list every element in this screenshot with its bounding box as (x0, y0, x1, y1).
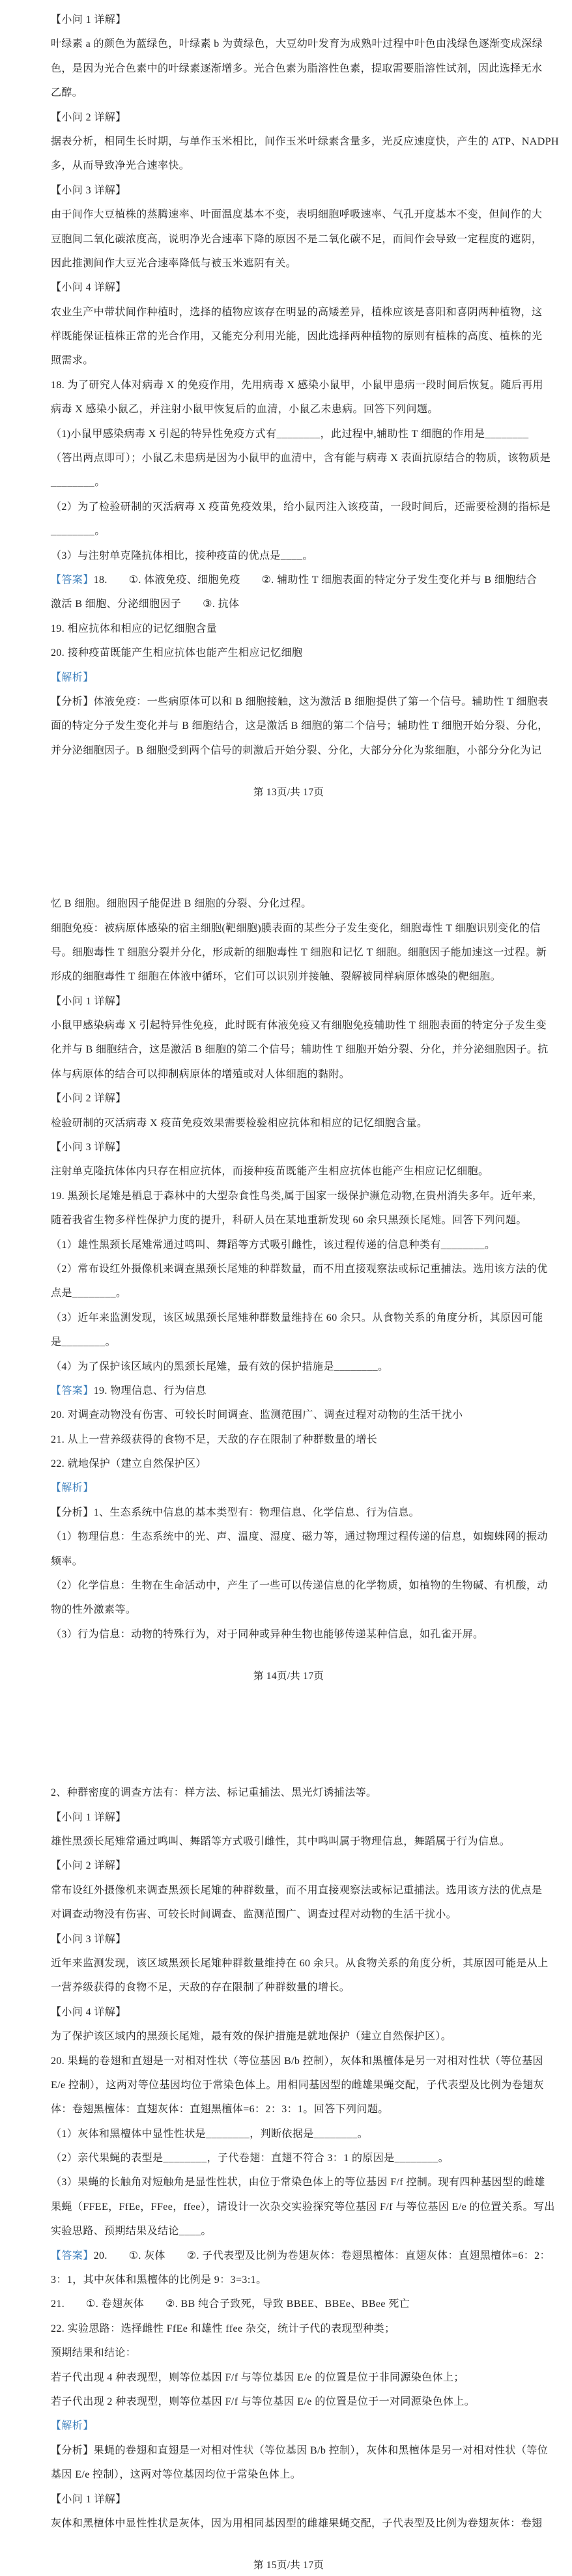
text-line: （1）灰体和黑檀体中显性性状是________，判断依据是________。 (51, 2122, 526, 2146)
text-line: 由于间作大豆植株的蒸腾速率、叶面温度基本不变，表明细胞呼吸速率、气孔开度基本不变… (51, 203, 526, 227)
answer-label: 【答案】 (51, 574, 94, 586)
text-line: 【小问 1 详解】 (51, 8, 526, 32)
text-line: 因此推测间作大豆光合速率降低与被玉米遮阴有关。 (51, 251, 526, 276)
text-line: 频率。 (51, 1550, 526, 1574)
text-line: 预期结果和结论： (51, 2341, 526, 2365)
page-break-gap (51, 1684, 526, 1781)
text-line: E/e 控制），这两对等位基因均位于常染色体上。用相同基因型的雌雄果蝇交配，子代… (51, 2073, 526, 2097)
text-line: 细胞免疫：被病原体感染的宿主细胞(靶细胞)膜表面的某些分子发生变化，细胞毒性 T… (51, 916, 526, 941)
text-line: 化并与 B 细胞结合，这是激活 B 细胞的第二个信号；辅助性 T 细胞开始分裂、… (51, 1038, 526, 1062)
text-line: 乙醇。 (51, 81, 526, 105)
text-line: 【分析】体液免疫：一些病原体可以和 B 细胞接触，这为激活 B 细胞提供了第一个… (51, 690, 526, 714)
text-line: 一营养级获得的食物不足，天敌的存在限制了种群数量的增长。 (51, 1975, 526, 2000)
text-line: （2）常布设红外摄像机来调查黑颈长尾雉的种群数量，而不用直接观察法或标记重捕法。… (51, 1257, 526, 1281)
text-line: 【小问 3 详解】 (51, 1135, 526, 1159)
text-line: ________。 (51, 470, 526, 494)
text-line: 20. 接种疫苗既能产生相应抗体也能产生相应记忆细胞 (51, 641, 526, 665)
text-line: 注射单克隆抗体体内只存在相应抗体，而接种疫苗既能产生相应抗体也能产生相应记忆细胞… (51, 1159, 526, 1183)
text-line: 近年来监测发现，该区域黑颈长尾雉种群数量维持在 60 余只。从食物关系的角度分析… (51, 1951, 526, 1975)
text-line: 【小问 1 详解】 (51, 2487, 526, 2512)
text-line: 对调查动物没有伤害、可较长时间调查、监测范围广、调查过程对动物的生活干扰小。 (51, 1903, 526, 1927)
text-line: 样既能保证植株正常的光合作用，又能充分利用光能，因此选择两种植物的原则有植株的高… (51, 324, 526, 348)
text-line: 常布设红外摄像机来调查黑颈长尾雉的种群数量，而不用直接观察法或标记重捕法。选用该… (51, 1878, 526, 1903)
answer-label: 【答案】 (51, 1385, 94, 1396)
text-line: 照需求。 (51, 348, 526, 373)
answer-text: 20. ①. 灰体 ②. 子代表型及比例为卷翅灰体：卷翅黑檀体：直翅灰体：直翅黑… (94, 2250, 551, 2261)
text-line: 22. 就地保护（建立自然保护区） (51, 1452, 526, 1476)
answer-line: 【答案】18. ①. 体液免疫、细胞免疫 ②. 辅助性 T 细胞表面的特定分子发… (51, 568, 526, 592)
text-line: 【小问 2 详解】 (51, 1086, 526, 1111)
text-line: 据表分析，相同生长时期，与单作玉米相比，间作玉米叶绿素含量多，光反应速度快，产生… (51, 130, 526, 154)
text-line: 病毒 X 感染小鼠乙，并注射小鼠甲恢复后的血清，小鼠乙未患病。回答下列问题。 (51, 397, 526, 421)
text-line: 【小问 1 详解】 (51, 989, 526, 1013)
analysis-label-line: 【解析】 (51, 666, 526, 690)
text-line: 【小问 4 详解】 (51, 276, 526, 300)
text-line: 【小问 4 详解】 (51, 2000, 526, 2024)
text-line: 基因 E/e 控制），这两对等位基因均位于常染色体上。 (51, 2463, 526, 2487)
text-line: 多，从而导致净光合速率快。 (51, 154, 526, 178)
text-line: （2）亲代果蝇的表型是________，子代卷翅：直翅不符合 3：1 的原因是_… (51, 2146, 526, 2170)
page-15: 2、种群密度的调查方法有：样方法、标记重捕法、黑光灯诱捕法等。【小问 1 详解】… (51, 1781, 526, 2573)
text-line: （3）果蝇的长触角对短触角是显性性状，由位于常染色体上的等位基因 F/f 控制。… (51, 2170, 526, 2194)
text-line: 2、种群密度的调查方法有：样方法、标记重捕法、黑光灯诱捕法等。 (51, 1781, 526, 1805)
text-line: 实验思路、预期结果及结论____。 (51, 2219, 526, 2243)
text-line: 色，是因为光合色素中的叶绿素逐渐增多。光合色素为脂溶性色素，提取需要脂溶性试剂，… (51, 57, 526, 81)
text-line: 灰体和黑檀体中显性性状是灰体，因为用相同基因型的雌雄果蝇交配，子代表型及比例为卷… (51, 2512, 526, 2536)
text-line: 忆 B 细胞。细胞因子能促进 B 细胞的分裂、分化过程。 (51, 892, 526, 916)
text-line: 若子代出现 4 种表现型，则等位基因 F/f 与等位基因 E/e 的位置是位于非… (51, 2366, 526, 2390)
text-line: 小鼠甲感染病毒 X 引起特异性免疫，此时既有体液免疫又有细胞免疫辅助性 T 细胞… (51, 1013, 526, 1038)
text-line: 若子代出现 2 种表现型，则等位基因 F/f 与等位基因 E/e 的位置是位于一… (51, 2390, 526, 2414)
answer-line: 【答案】19. 物理信息、行为信息 (51, 1379, 526, 1403)
text-line: 农业生产中带状间作种植时，选择的植物应该存在明显的高矮差异，植株应该是喜阳和喜阴… (51, 300, 526, 324)
text-line: 18. 为了研究人体对病毒 X 的免疫作用，先用病毒 X 感染小鼠甲，小鼠甲患病… (51, 373, 526, 397)
text-line: 激活 B 细胞、分泌细胞因子 ③. 抗体 (51, 592, 526, 616)
text-line: 豆胞间二氧化碳浓度高，说明净光合速率下降的原因不是二氧化碳不足，而间作会导致一定… (51, 227, 526, 251)
page-footer: 第 15页/共 17页 (51, 2558, 526, 2573)
text-line: （3）近年来监测发现，该区域黑颈长尾雉种群数量维持在 60 余只。从食物关系的角… (51, 1306, 526, 1330)
text-line: 3：1，其中灰体和黑檀体的比例是 9：3=3:1。 (51, 2268, 526, 2292)
text-line: 叶绿素 a 的颜色为蓝绿色，叶绿素 b 为黄绿色，大豆幼叶发育为成熟叶过程中叶色… (51, 32, 526, 56)
text-line: 【小问 3 详解】 (51, 178, 526, 203)
text-line: 20. 对调查动物没有伤害、可较长时间调查、监测范围广、调查过程对动物的生活干扰… (51, 1403, 526, 1427)
page-14: 忆 B 细胞。细胞因子能促进 B 细胞的分裂、分化过程。细胞免疫：被病原体感染的… (51, 892, 526, 1684)
text-line: 物的性外激素等。 (51, 1598, 526, 1622)
analysis-label-line: 【解析】 (51, 2414, 526, 2438)
text-line: （2）化学信息：生物在生命活动中，产生了一些可以传递信息的化学物质，如植物的生物… (51, 1574, 526, 1598)
page-footer: 第 14页/共 17页 (51, 1669, 526, 1684)
text-line: （1）物理信息：生态系统中的光、声、温度、湿度、磁力等，通过物理过程传递的信息，… (51, 1525, 526, 1549)
text-line: 20. 果蝇的卷翅和直翅是一对相对性状（等位基因 B/b 控制），灰体和黑檀体是… (51, 2049, 526, 2073)
text-line: （2）为了检验研制的灭活病毒 X 疫苗免疫效果，给小鼠丙注入该疫苗，一段时间后，… (51, 495, 526, 519)
page-break-gap (51, 800, 526, 892)
text-line: 形成的细胞毒性 T 细胞在体液中循环，它们可以识别并接触、裂解被同样病原体感染的… (51, 965, 526, 989)
text-line: 并分泌细胞因子。B 细胞受到两个信号的刺激后开始分裂、分化，大部分分化为浆细胞，… (51, 739, 526, 763)
analysis-label-line: 【解析】 (51, 1476, 526, 1500)
text-line: 【分析】1、生态系统中信息的基本类型有：物理信息、化学信息、行为信息。 (51, 1501, 526, 1525)
text-line: 为了保护该区域内的黑颈长尾雉，最有效的保护措施是就地保护（建立自然保护区）。 (51, 2024, 526, 2048)
text-line: （1）雄性黑颈长尾雉常通过鸣叫、舞蹈等方式吸引雌性，该过程传递的信息种类有___… (51, 1233, 526, 1257)
text-line: 19. 黑颈长尾雉是栖息于森林中的大型杂食性鸟类,属于国家一级保护濒危动物,在贵… (51, 1184, 526, 1208)
text-line: 随着我省生物多样性保护力度的提升，科研人员在某地重新发现 60 余只黑颈长尾雉。… (51, 1208, 526, 1232)
text-line: 果蝇（FFEE，FfEe，FFee，ffee），请设计一次杂交实验探究等位基因 … (51, 2195, 526, 2219)
text-line: 19. 相应抗体和相应的记忆细胞含量 (51, 617, 526, 641)
text-line: 【分析】果蝇的卷翅和直翅是一对相对性状（等位基因 B/b 控制），灰体和黑檀体是… (51, 2439, 526, 2463)
text-line: 检验研制的灭活病毒 X 疫苗免疫效果需要检验相应抗体和相应的记忆细胞含量。 (51, 1111, 526, 1135)
answer-text: 18. ①. 体液免疫、细胞免疫 ②. 辅助性 T 细胞表面的特定分子发生变化并… (94, 574, 537, 586)
text-line: 【小问 2 详解】 (51, 106, 526, 130)
text-line: 【小问 3 详解】 (51, 1927, 526, 1951)
text-line: （3）行为信息：动物的特殊行为，对于同种或异种生物也能够传递某种信息，如孔雀开屏… (51, 1622, 526, 1647)
text-line: 21. ①. 卷翅灰体 ②. BB 纯合子致死，导致 BBEE、BBEe、BBe… (51, 2292, 526, 2316)
text-line: 21. 从上一营养级获得的食物不足，天敌的存在限制了种群数量的增长 (51, 1428, 526, 1452)
text-line: （4）为了保护该区域内的黑颈长尾雉，最有效的保护措施是________。 (51, 1355, 526, 1379)
text-line: 点是________。 (51, 1281, 526, 1305)
text-line: ________。 (51, 519, 526, 543)
answer-label: 【答案】 (51, 2250, 94, 2261)
text-line: 【小问 1 详解】 (51, 1805, 526, 1830)
text-line: 【小问 2 详解】 (51, 1854, 526, 1878)
answer-text: 19. 物理信息、行为信息 (94, 1385, 207, 1396)
text-line: 号。细胞毒性 T 细胞分裂并分化，形成新的细胞毒性 T 细胞和记忆 T 细胞。细… (51, 941, 526, 965)
text-line: （3）与注射单克隆抗体相比，接种疫苗的优点是____。 (51, 544, 526, 568)
text-line: 雄性黑颈长尾雉常通过鸣叫、舞蹈等方式吸引雌性，其中鸣叫属于物理信息，舞蹈属于行为… (51, 1830, 526, 1854)
answer-line: 【答案】20. ①. 灰体 ②. 子代表型及比例为卷翅灰体：卷翅黑檀体：直翅灰体… (51, 2244, 526, 2268)
text-line: （1)小鼠甲感染病毒 X 引起的特异性免疫方式有________，此过程中,辅助… (51, 422, 526, 446)
text-line: 体：卷翅黑檀体：直翅灰体：直翅黑檀体=6：2：3：1。回答下列问题。 (51, 2097, 526, 2121)
text-line: 是________。 (51, 1330, 526, 1354)
text-line: 体与病原体的结合可以抑制病原体的增殖或对人体细胞的黏附。 (51, 1062, 526, 1086)
text-line: 22. 实验思路：选择雌性 FfEe 和雄性 ffee 杂交，统计子代的表现型种… (51, 2317, 526, 2341)
page-13: 【小问 1 详解】叶绿素 a 的颜色为蓝绿色，叶绿素 b 为黄绿色，大豆幼叶发育… (51, 8, 526, 800)
document: 【小问 1 详解】叶绿素 a 的颜色为蓝绿色，叶绿素 b 为黄绿色，大豆幼叶发育… (0, 0, 572, 2576)
page-footer: 第 13页/共 17页 (51, 785, 526, 800)
text-line: （答出两点即可）；小鼠乙未患病是因为小鼠甲的血清中，含有能与病毒 X 表面抗原结… (51, 446, 526, 470)
text-line: 面的特定分子发生变化并与 B 细胞结合，这是激活 B 细胞的第二个信号；辅助性 … (51, 714, 526, 738)
